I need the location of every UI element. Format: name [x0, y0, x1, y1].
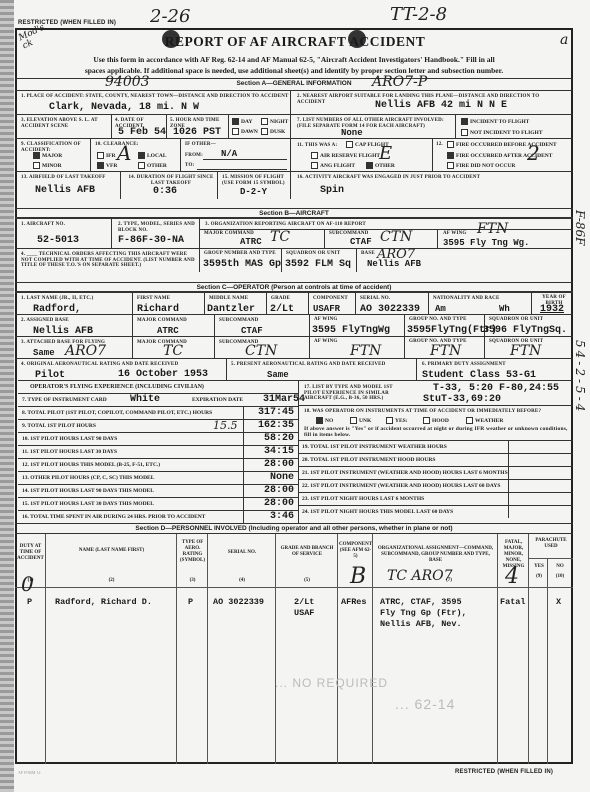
- handwritten-code: ARO7-P: [372, 74, 427, 90]
- experience-value: 28:00: [264, 485, 294, 496]
- subcommand-label: Subcommand: [219, 318, 259, 324]
- tech-orders-label: 4. ____ Technical Orders affecting this …: [21, 252, 197, 269]
- group-no-label: Group No. and Type: [409, 317, 467, 323]
- col-num: (2): [47, 578, 176, 584]
- assigned-base-row: 2. Assigned Base Nellis AFB Major Comman…: [15, 314, 573, 336]
- checkbox-icon: [33, 162, 40, 169]
- duration-value: 0:36: [153, 186, 177, 197]
- operator-name-row: 1. Last Name (Jr., II, etc.) Radford, Fi…: [15, 292, 573, 314]
- checkbox-instruments-yes[interactable]: Yes:: [386, 417, 408, 424]
- row-grade: 2/Lt: [294, 597, 314, 608]
- assigned-base-cell: 2. Assigned Base Nellis AFB: [15, 315, 133, 336]
- handwritten-ctn: CTN: [380, 229, 412, 245]
- experience-label: 12. 1st Pilot Hours This Model (B-25, F-…: [22, 462, 160, 468]
- form-id: AF FORM 14: [18, 770, 40, 775]
- assigned-group-cell: Group No. and Type 3595FlyTng(Ftr): [405, 315, 485, 336]
- duration-label: 14. Duration of Flight Since Last Takeof…: [127, 175, 215, 186]
- personnel-table: Duty at time of accident Name (Last name…: [15, 534, 573, 764]
- instrument-hours-label: 20. Total 1st Pilot Instrument Hood Hour…: [302, 457, 435, 463]
- row-component: AFRes: [341, 597, 367, 608]
- instruments-note: If above answer is "Yes" or if accident …: [304, 427, 569, 438]
- other-aircraft-label: 7. List Numbers of All Other Aircraft In…: [297, 118, 452, 129]
- handwritten-attached-subcommand: CTN: [245, 343, 277, 359]
- yes-label: Yes:: [395, 418, 408, 424]
- row-org-line-3: Nellis AFB, Nev.: [380, 619, 462, 630]
- squadron-value: 3592 FLM Sq: [285, 259, 351, 270]
- row-duty: P: [27, 597, 32, 608]
- mission-label: 15. Mission of Flight (Use Form 15 symbo…: [222, 175, 288, 186]
- attached-base-row: 3. Attached Base for Flying Same ARO7 Ma…: [15, 336, 573, 358]
- col-parachute-yes: [529, 558, 548, 764]
- this-was-label: 11. This was a:: [297, 143, 337, 149]
- handwritten-note: 15.5: [213, 419, 238, 432]
- assigned-squadron-value: 3596 FlyTngSq.: [483, 325, 567, 336]
- experience-value: 317:45: [258, 407, 294, 418]
- original-rating-cell: 4. Original Aeronautical Rating and Date…: [15, 359, 227, 380]
- to-label: To:: [185, 163, 194, 169]
- assigned-base-label: 2. Assigned Base: [21, 318, 69, 324]
- section-b-header: Section B—AIRCRAFT: [15, 208, 573, 218]
- present-rating-label: 5. Present Aeronautical Rating and Date …: [231, 362, 386, 368]
- handwritten-file-no: 2-26: [150, 6, 190, 27]
- day-label: Day: [241, 119, 252, 125]
- checkbox-not-incident[interactable]: Not Incident to Flight: [461, 129, 543, 136]
- experience-value: None: [270, 472, 294, 483]
- handwritten-attached-squadron: FTN: [510, 343, 541, 359]
- activity-label: 16. Activity Aircraft Was Engaged in Jus…: [297, 175, 567, 181]
- activity-value: Spin: [320, 185, 344, 196]
- to-line: [197, 169, 287, 170]
- org-reporting-label: 3. Organization Reporting Aircraft on AF…: [205, 222, 366, 228]
- checkbox-icon: [461, 118, 468, 125]
- experience-row: 13. Other Pilot Hours (CP, C, SC) This M…: [18, 471, 298, 484]
- major-command-value: ATRC: [240, 237, 262, 247]
- section-d-title: Section D—PERSONNEL INVOLVED (Including …: [135, 525, 452, 532]
- handwritten-attached-major-command: TC: [163, 343, 183, 359]
- instrument-card-label: 7. Type of Instrument Card: [22, 397, 107, 403]
- row-org-line-1: ATRC, CTAF, 3595: [380, 597, 462, 608]
- middle-name-cell: Middle Name Dantzler: [205, 293, 267, 314]
- attached-af-wing-cell: AF Wing FTN: [310, 337, 405, 358]
- checkbox-instruments-weather[interactable]: Weather: [466, 417, 503, 424]
- nearest-airport-value: Nellis AFB 42 mi N N E: [375, 100, 507, 111]
- race-value: Wh: [499, 304, 510, 314]
- handwritten-org-mark: TC ARO7: [387, 568, 453, 584]
- instrument-hours-row: 21. 1st Pilot Instrument (Weather and Ho…: [298, 466, 573, 479]
- similar-aircraft-block: 17. List by Type and Model 1st Pilot Exp…: [298, 380, 573, 405]
- experience-value: 28:00: [264, 498, 294, 509]
- margin-note-aircraft: F-86F: [573, 210, 587, 245]
- fire-before-label: Fire Occurred Before Accident: [456, 142, 557, 148]
- header-component: Component (See AFM 62-5): [339, 542, 372, 560]
- hood-label: Hood: [432, 418, 449, 424]
- section-a-title: Section A—GENERAL INFORMATION: [236, 80, 351, 87]
- duration-cell: 14. Duration of Flight Since Last Takeof…: [121, 172, 218, 199]
- table-header-divider: [15, 587, 573, 588]
- checkbox-icon: [447, 141, 454, 148]
- squadron-label: Squadron or Unit: [286, 251, 340, 257]
- group-label: Group Number and Type: [204, 251, 276, 257]
- ratings-row: 4. Original Aeronautical Rating and Date…: [15, 358, 573, 380]
- handwritten-tc: TC: [270, 229, 290, 245]
- checkbox-other-clearance[interactable]: Other: [138, 162, 167, 169]
- experience-label: 13. Other Pilot Hours (CP, C, SC) This M…: [22, 475, 154, 481]
- assigned-af-wing-value: 3595 FlyTngWg: [312, 325, 390, 336]
- similar-aircraft-line-2: StuT-33,69:20: [423, 394, 501, 405]
- elevation-label: 3. Elevation Above S. L. at accident sce…: [21, 118, 109, 129]
- assigned-af-wing-cell: AF Wing 3595 FlyTngWg: [310, 315, 405, 336]
- checkbox-icon: [316, 417, 323, 424]
- experience-value: 58:20: [264, 433, 294, 444]
- checkbox-fire-none[interactable]: Fire Did Not Occur: [447, 162, 515, 169]
- elevation-cell: 3. Elevation Above S. L. at accident sce…: [15, 115, 112, 138]
- header-org: Organizational Assignment—Command, Subco…: [375, 546, 496, 564]
- col-name: [46, 534, 177, 764]
- checkbox-icon: [447, 152, 454, 159]
- base-value: Nellis AFB: [367, 259, 421, 269]
- col-num: (3): [178, 578, 207, 584]
- section-b-title: Section B—AIRCRAFT: [259, 210, 329, 217]
- ang-label: ANG Flight: [320, 163, 355, 169]
- handwritten-mark-a: A: [117, 141, 131, 165]
- experience-row: 11. 1st Pilot Hours Last 30 Days34:15: [18, 445, 298, 458]
- experience-row: 16. Total Time Spent in Air During 24 Hr…: [18, 510, 298, 523]
- section-a-row-1: 1. Place of Accident: State, county, nea…: [15, 90, 573, 114]
- instrument-hours-row: 24. 1st Pilot Night Hours THIS MODEL Las…: [298, 505, 573, 518]
- row-name: Radford, Richard D.: [55, 597, 152, 608]
- instrument-card-row: 7. Type of Instrument Card White Expirat…: [18, 393, 298, 406]
- header-grade: Grade and Branch of Service: [277, 546, 337, 558]
- clearance-cell: 10. Clearance: IFR VFR Local Other A: [91, 139, 181, 171]
- checkbox-dusk[interactable]: Dusk: [261, 128, 285, 135]
- similar-aircraft-line-1: T-33, 5:20 F-80,24:55: [433, 383, 559, 394]
- experience-value: 3:46: [270, 511, 294, 522]
- checkbox-icon: [97, 162, 104, 169]
- af-wing-label: AF Wing: [443, 231, 467, 237]
- checkbox-ifr[interactable]: IFR: [97, 152, 115, 159]
- vfr-label: VFR: [106, 163, 117, 169]
- date-cell: 4. Date of Accident 5 Feb 54: [112, 115, 167, 138]
- component-value: USAFR: [313, 304, 340, 314]
- value-box: [508, 441, 574, 453]
- row-parachute-no: X: [556, 597, 561, 608]
- instrument-hours-row: 20. Total 1st Pilot Instrument Hood Hour…: [298, 453, 573, 466]
- checkbox-ang-flight[interactable]: ANG Flight: [311, 162, 355, 169]
- checkbox-icon: [423, 417, 430, 424]
- light-condition-cell: Day Night Dawn Dusk: [229, 115, 291, 138]
- airfield-cell: 13. Airfield of Last Takeoff Nellis AFB: [15, 172, 121, 199]
- attached-group-cell: Group No. and Type FTN: [405, 337, 485, 358]
- section-b-row-1: 1. Aircraft No. 52-5013 2. Type, Model, …: [15, 218, 573, 248]
- checkbox-icon: [311, 162, 318, 169]
- other-aircraft-cell: 7. List Numbers of All Other Aircraft In…: [291, 115, 456, 138]
- af-wing-label: AF Wing: [314, 317, 338, 323]
- experience-row: 12. 1st Pilot Hours This Model (B-25, F-…: [18, 458, 298, 471]
- restricted-footer: RESTRICTED (WHEN FILLED IN): [455, 769, 553, 775]
- incident-label: Incident to Flight: [470, 119, 529, 125]
- classification-cell: 9. Classification of Accident: Major Min…: [15, 139, 91, 171]
- section-c-header: Section C—OPERATOR (Person at controls a…: [15, 282, 573, 292]
- af-wing-label: AF Wing: [314, 339, 338, 345]
- header-parachute-yes: Yes: [530, 564, 548, 570]
- checkbox-icon: [346, 141, 353, 148]
- handwritten-attached-af-wing: FTN: [350, 343, 381, 359]
- row-serial: AO 3022339: [213, 597, 264, 608]
- middle-name-label: Middle Name: [209, 296, 248, 302]
- section-a-row-3: 9. Classification of Accident: Major Min…: [15, 138, 573, 171]
- dawn-label: Dawn: [241, 129, 258, 135]
- place-label: 1. Place of Accident: State, county, nea…: [21, 94, 289, 100]
- squadron-cell: Squadron or Unit 3592 FLM Sq: [282, 249, 357, 272]
- checkbox-icon: [33, 152, 40, 159]
- experience-row: 8. Total Pilot (1st Pilot, Copilot, Comm…: [18, 406, 298, 419]
- header-parachute: Parachute Used: [530, 538, 572, 550]
- instrument-hours-label: 21. 1st Pilot Instrument (Weather and Ho…: [302, 470, 508, 476]
- mission-value: D-2-Y: [240, 187, 267, 197]
- experience-value: 34:15: [264, 446, 294, 457]
- checkbox-dawn[interactable]: Dawn: [232, 128, 258, 135]
- instrument-hours-label: 23. 1st Pilot Night Hours Last 6 Months: [302, 496, 424, 502]
- from-line: [203, 159, 287, 160]
- checkbox-local[interactable]: Local: [138, 152, 167, 159]
- faded-stamp: ... 62-14: [395, 696, 455, 712]
- value-box: [508, 480, 574, 492]
- not-incident-label: Not Incident to Flight: [470, 130, 543, 136]
- instruments-question-block: 18. Was Operator on Instruments at Time …: [298, 405, 573, 440]
- tech-orders-cell: 4. ____ Technical Orders affecting this …: [15, 249, 200, 272]
- handwritten-mark-e: E: [379, 143, 392, 164]
- first-name-cell: First Name Richard: [133, 293, 205, 314]
- checkbox-air-reserve[interactable]: Air Reserve Flight: [311, 152, 380, 159]
- checkbox-icon: [97, 152, 104, 159]
- handwritten-mark-2: 2: [527, 141, 540, 165]
- checkbox-incident-to-flight[interactable]: Incident to Flight: [461, 118, 529, 125]
- major-command-label: Major Command: [137, 318, 187, 324]
- checkbox-instruments-unk[interactable]: Unk: [350, 417, 371, 424]
- experience-label: 11. 1st Pilot Hours Last 30 Days: [22, 449, 117, 455]
- airfield-label: 13. Airfield of Last Takeoff: [21, 175, 119, 181]
- attached-major-command-cell: Major Command TC: [133, 337, 215, 358]
- subcommand-cell: Subcommand CTAF CTN: [325, 229, 438, 249]
- instrument-card-value: White: [130, 394, 160, 405]
- nationality-label: Nationality and Race: [433, 296, 500, 302]
- place-of-accident-cell: 1. Place of Accident: State, county, nea…: [15, 91, 291, 114]
- handwritten-ftn: FTN: [477, 221, 508, 237]
- checkbox-day[interactable]: Day: [232, 118, 252, 125]
- scan-binding-edge: [0, 0, 14, 792]
- flight-type-cell: 11. This was a: CAP Flight Air Reserve F…: [291, 139, 433, 171]
- section-a-row-2: 3. Elevation Above S. L. at accident sce…: [15, 114, 573, 138]
- air-reserve-label: Air Reserve Flight: [320, 153, 380, 159]
- component-cell: Component USAFR: [309, 293, 356, 314]
- value-box: [508, 454, 574, 466]
- section-d-header: Section D—PERSONNEL INVOLVED (Including …: [15, 523, 573, 534]
- last-name-label: 1. Last Name (Jr., II, etc.): [21, 296, 93, 302]
- if-other-label: If Other—: [185, 142, 216, 148]
- hour-cell: 5. Hour and Time Zone 1026 PST: [167, 115, 229, 138]
- present-rating-value: Same: [267, 370, 289, 380]
- af-wing-value: 3595 Fly Tng Wg.: [443, 238, 529, 248]
- parachute-divider: [529, 558, 573, 559]
- assigned-major-command-value: ATRC: [157, 326, 179, 336]
- last-name-cell: 1. Last Name (Jr., II, etc.) Radford,: [15, 293, 133, 314]
- group-value: 3595th MAS Gp: [203, 259, 281, 270]
- accident-report-page: RESTRICTED (WHEN FILLED IN) 2-26 TT-2-8 …: [0, 0, 590, 792]
- value-box: [508, 467, 574, 479]
- experience-label: 8. Total Pilot (1st Pilot, Copilot, Comm…: [22, 410, 212, 416]
- handwritten-component-mark: B: [350, 564, 366, 589]
- checkbox-icon: [311, 152, 318, 159]
- value-box: [508, 506, 574, 518]
- col-num: (5): [277, 578, 337, 584]
- original-rating-date: 16 October 1953: [118, 369, 208, 380]
- section-a-header: Section A—GENERAL INFORMATION: [15, 78, 573, 88]
- margin-note-date-code: 54-2-5-4: [573, 340, 587, 414]
- experience-row: 9. Total 1st Pilot Hours15.5162:35: [18, 419, 298, 432]
- handwritten-injury-mark: 4: [505, 564, 519, 589]
- handwritten-serial: 94003: [105, 74, 150, 90]
- experience-label: 16. Total Time Spent in Air During 24 Hr…: [22, 514, 205, 520]
- type-model-cell: 2. Type, Model, Series and Block No. F-8…: [112, 219, 200, 248]
- row-org-line-2: Fly Tng Gp (Ftr),: [380, 608, 467, 619]
- assigned-subcommand-value: CTAF: [241, 326, 263, 336]
- experience-label: 9. Total 1st Pilot Hours: [22, 423, 96, 429]
- restricted-header: RESTRICTED (WHEN FILLED IN): [18, 20, 116, 26]
- experience-row: 14. 1st Pilot Hours Last 90 Days This Mo…: [18, 484, 298, 497]
- experience-label: 14. 1st Pilot Hours Last 90 Days This Mo…: [22, 488, 154, 494]
- from-label: From:: [185, 153, 203, 159]
- assigned-subcommand-cell: Subcommand CTAF: [215, 315, 310, 336]
- similar-aircraft-label: 17. List by Type and Model 1st Pilot Exp…: [304, 385, 399, 402]
- serial-cell: Serial No. AO 3022339: [356, 293, 429, 314]
- checkbox-icon: [461, 129, 468, 136]
- section-b-row-2: 4. ____ Technical Orders affecting this …: [15, 248, 573, 272]
- subcommand-value: CTAF: [350, 237, 372, 247]
- original-rating-label: 4. Original Aeronautical Rating and Date…: [21, 362, 178, 368]
- checkbox-icon: [232, 128, 239, 135]
- instrument-hours-label: 22. 1st Pilot Instrument (Weather and Ho…: [302, 483, 500, 489]
- aircraft-no-value: 52-5013: [37, 235, 79, 246]
- airfield-value: Nellis AFB: [35, 185, 95, 196]
- grade-label: Grade: [271, 296, 290, 302]
- checkbox-icon: [261, 118, 268, 125]
- row-branch: USAF: [294, 608, 314, 619]
- col-num: (9): [530, 574, 548, 580]
- weather-label: Weather: [475, 418, 503, 424]
- handwritten-duty-mark: 0: [21, 572, 34, 596]
- handwritten-ref: TT-2-8: [390, 4, 447, 25]
- first-name-label: First Name: [137, 296, 170, 302]
- attached-base-cell: 3. Attached Base for Flying Same ARO7: [15, 337, 133, 358]
- checkbox-icon: [466, 417, 473, 424]
- experience-label: 10. 1st Pilot Hours Last 90 Days: [22, 436, 117, 442]
- no-label: No: [325, 418, 333, 424]
- experience-value: 162:35: [258, 420, 294, 431]
- instruments-question-label: 18. Was Operator on Instruments at Time …: [304, 409, 569, 415]
- checkbox-icon: [447, 162, 454, 169]
- checkbox-instruments-no[interactable]: No: [316, 417, 333, 424]
- mission-cell: 15. Mission of Flight (Use Form 15 symbo…: [218, 172, 291, 199]
- night-label: Night: [270, 119, 288, 125]
- flying-experience-header: OPERATOR'S FLYING EXPERIENCE (Including …: [18, 380, 298, 393]
- aircraft-no-label: 1. Aircraft No.: [21, 222, 65, 228]
- primary-duty-label: 6. Primary Duty Assignment: [422, 362, 506, 368]
- header-duty: Duty at time of accident: [16, 544, 45, 562]
- header-rating: Type of Aero. Rating (Symbol): [178, 540, 207, 564]
- component-label: Component: [313, 296, 348, 302]
- checkbox-instruments-hood[interactable]: Hood: [423, 417, 449, 424]
- attached-base-value: Same: [33, 348, 55, 358]
- fire-item-number: 12.: [436, 142, 443, 148]
- serial-label: Serial No.: [360, 296, 390, 302]
- col-rating: [177, 534, 208, 764]
- col-grade: [276, 534, 338, 764]
- checkbox-night[interactable]: Night: [261, 118, 288, 125]
- ifr-label: IFR: [106, 153, 115, 159]
- nationality-value: Am: [435, 304, 446, 314]
- header-parachute-no: No: [549, 564, 571, 570]
- other-aircraft-value: None: [341, 128, 363, 138]
- major-command-label: Major Command: [204, 231, 254, 237]
- checkbox-minor[interactable]: Minor: [33, 162, 62, 169]
- dusk-label: Dusk: [270, 129, 285, 135]
- experience-value: 28:00: [264, 459, 294, 470]
- aircraft-no-cell: 1. Aircraft No. 52-5013: [15, 219, 112, 248]
- checkbox-icon: [366, 162, 373, 169]
- instrument-hours-row: 22. 1st Pilot Instrument (Weather and Ho…: [298, 479, 573, 492]
- expiration-label: Expiration Date: [192, 397, 243, 403]
- assigned-major-command-cell: Major Command ATRC: [133, 315, 215, 336]
- experience-row: 10. 1st Pilot Hours Last 90 Days58:20: [18, 432, 298, 445]
- if-other-cell: If Other— From: N/A To:: [181, 139, 291, 171]
- from-value: N/A: [221, 149, 237, 159]
- checkbox-icon: [138, 162, 145, 169]
- checkbox-major[interactable]: Major: [33, 152, 62, 159]
- base-label: Base: [361, 251, 375, 257]
- col-duty: [15, 534, 46, 764]
- other-clearance-label: Other: [147, 163, 167, 169]
- checkbox-icon: [138, 152, 145, 159]
- major-command-cell: Major Command ATRC TC: [200, 229, 325, 249]
- checkbox-fire-before[interactable]: Fire Occurred Before Accident: [447, 141, 557, 148]
- section-a-row-4: 13. Airfield of Last Takeoff Nellis AFB …: [15, 171, 573, 199]
- form-title: REPORT OF AF AIRCRAFT ACCIDENT: [0, 34, 590, 50]
- date-value: 5 Feb 54: [118, 127, 166, 138]
- major-label: Major: [42, 153, 62, 159]
- header-name: Name (Last name first): [47, 548, 176, 554]
- type-model-label: 2. Type, Model, Series and Block No.: [118, 222, 196, 233]
- checkbox-icon: [261, 128, 268, 135]
- experience-label: 15. 1st Pilot Hours Last 30 Days This Mo…: [22, 501, 154, 507]
- checkbox-icon: [386, 417, 393, 424]
- header-serial: Serial No.: [209, 550, 275, 556]
- row-injury: Fatal: [500, 597, 526, 608]
- instrument-hours-row: 23. 1st Pilot Night Hours Last 6 Months: [298, 492, 573, 505]
- grade-cell: Grade 2/Lt: [267, 293, 309, 314]
- instrument-hours-row: 19. Total 1st Pilot Instrument Weather H…: [298, 440, 573, 453]
- checkbox-icon: [232, 118, 239, 125]
- instructions-line-2: spaces applicable. If additional space i…: [18, 65, 570, 76]
- unk-label: Unk: [359, 418, 371, 424]
- local-label: Local: [147, 153, 167, 159]
- minor-label: Minor: [42, 163, 62, 169]
- row-rating: P: [188, 597, 193, 608]
- instructions-line-1: Use this form in accordance with AF Reg.…: [18, 54, 570, 65]
- experience-row: 15. 1st Pilot Hours Last 30 Days This Mo…: [18, 497, 298, 510]
- place-value: Clark, Nevada, 18 mi. N W: [49, 102, 199, 113]
- instrument-hours-label: 19. Total 1st Pilot Instrument Weather H…: [302, 444, 447, 450]
- checkbox-vfr[interactable]: VFR: [97, 162, 117, 169]
